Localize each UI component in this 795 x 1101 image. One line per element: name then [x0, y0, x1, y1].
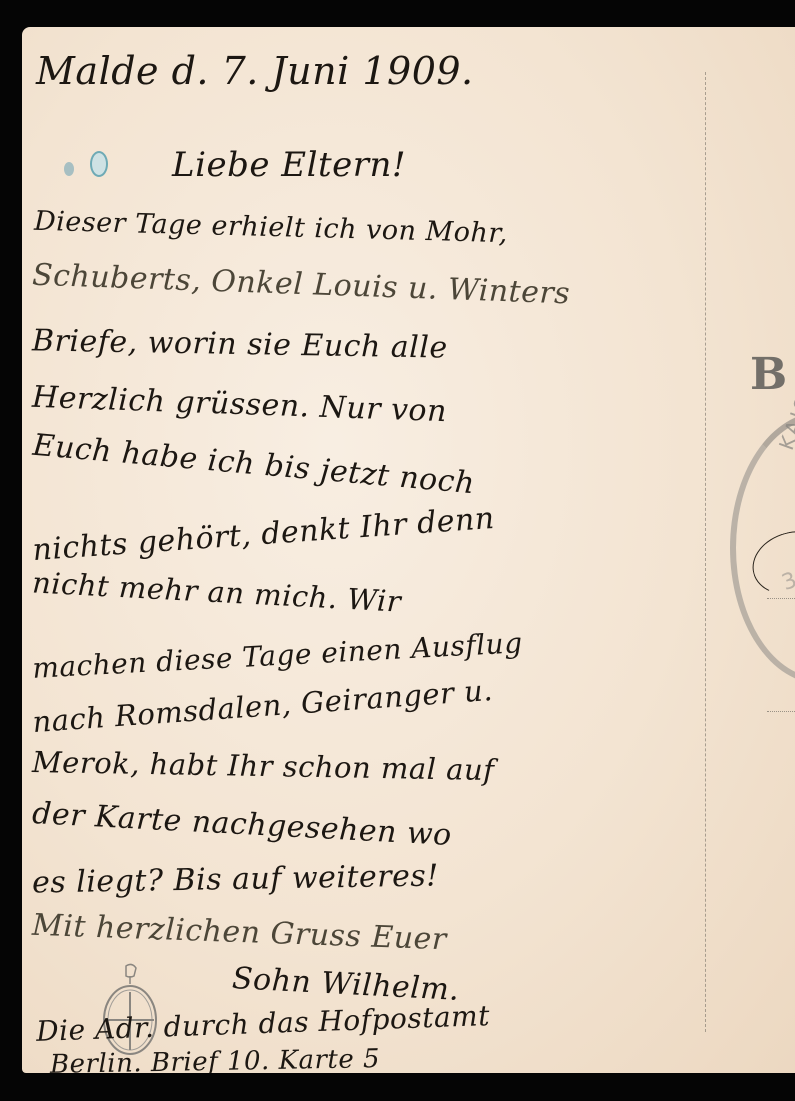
body-line: es liegt? Bis auf weiteres! [32, 858, 439, 900]
body-line: nicht mehr an mich. Wir [31, 565, 402, 618]
body-line: Merok, habt Ihr schon mal auf [32, 745, 495, 787]
body-line: nichts gehört, denkt Ihr denn [31, 501, 495, 568]
postscript-line: Berlin. Brief 10. Karte 5 [50, 1044, 381, 1073]
stamp-letter: B [750, 349, 787, 400]
body-line: Briefe, worin sie Euch alle [32, 323, 448, 365]
place-date-heading: Malde d. 7. Juni 1909. [36, 49, 474, 93]
ink-stain [64, 162, 74, 176]
body-line: Dieser Tage erhielt ich von Mohr, [34, 206, 509, 249]
body-line: nach Romsdalen, Geiranger u. [31, 673, 494, 739]
salutation: Liebe Eltern! [172, 145, 406, 185]
body-line: Schuberts, Onkel Louis u. Winters [32, 258, 571, 312]
postcard: B KAIS 30 Malde d. 7. Juni 1909. Liebe E… [22, 27, 795, 1073]
body-line: der Karte nachgesehen wo [31, 796, 452, 853]
body-line: Euch habe ich bis jetzt noch [31, 428, 476, 502]
body-line: Herzlich grüssen. Nur von [32, 380, 448, 429]
ink-stain [90, 151, 108, 177]
address-divider-line [705, 72, 706, 1032]
closing-line: Mit herzlichen Gruss Euer [32, 908, 448, 957]
postmark-text: KAIS [774, 391, 795, 453]
address-line [767, 711, 795, 712]
